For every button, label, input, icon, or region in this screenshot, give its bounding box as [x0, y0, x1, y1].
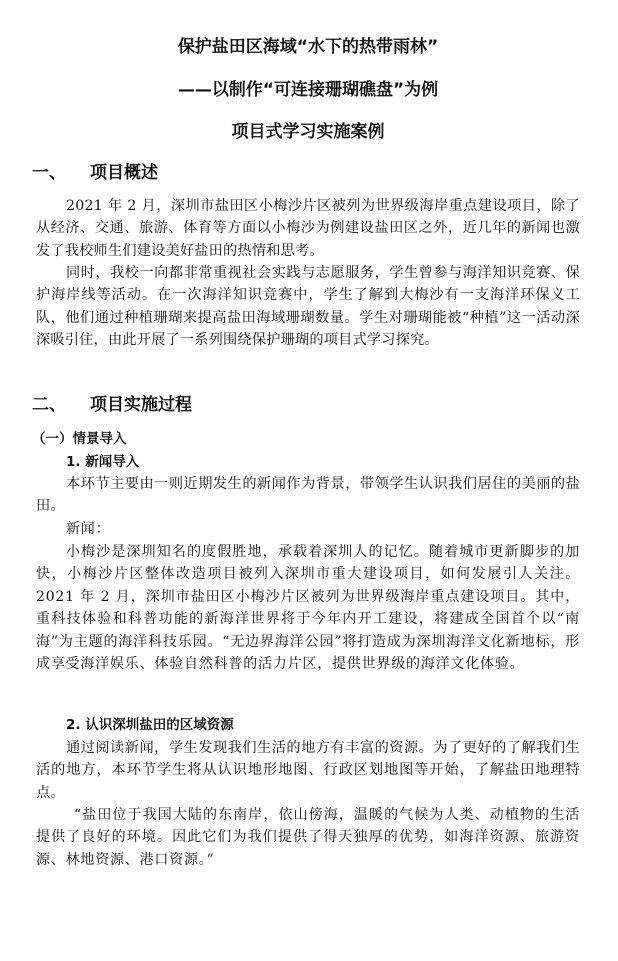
item-heading-resources: 2. 认识深圳盐田的区域资源 [66, 716, 234, 734]
section-number: 二、 [32, 394, 90, 416]
quote-resources: “盐田位于我国大陆的东南岸，依山傍海，温暖的气候为人类、动植物的生活提供了良好的… [36, 804, 580, 871]
paragraph-overview-1: 2021 年 2 月，深圳市盐田区小梅沙片区被列为世界级海岸重点建设项目，除了从… [36, 195, 580, 262]
paragraph-resources-intro: 通过阅读新闻，学生发现我们生活的地方有丰富的资源。为了更好的了解我们生活的地方，… [36, 737, 580, 804]
news-label: 新闻： [36, 518, 580, 540]
news-body: 小梅沙是深圳知名的度假胜地，承载着深圳人的记忆。随着城市更新脚步的加快，小梅沙片… [36, 541, 580, 675]
item-heading-news: 1. 新闻导入 [66, 453, 139, 471]
document-case-title: 项目式学习实施案例 [36, 121, 580, 143]
section-heading-overview: 一、项目概述 [32, 162, 158, 184]
section-title: 项目概述 [90, 163, 158, 183]
section-title: 项目实施过程 [90, 395, 192, 415]
paragraph-overview-2: 同时，我校一向都非常重视社会实践与志愿服务，学生曾参与海洋知识竞赛、保护海岸线等… [36, 262, 580, 352]
document-subtitle: ——以制作“可连接珊瑚礁盘”为例 [36, 79, 580, 101]
section-heading-process: 二、项目实施过程 [32, 394, 192, 416]
document-title: 保护盐田区海域“水下的热带雨林” [36, 36, 580, 58]
section-number: 一、 [32, 162, 90, 184]
paragraph-news-intro: 本环节主要由一则近期发生的新闻作为背景，带领学生认识我们居住的美丽的盐田。 [36, 473, 580, 518]
subsection-heading-scenario: （一）情景导入 [32, 430, 127, 448]
